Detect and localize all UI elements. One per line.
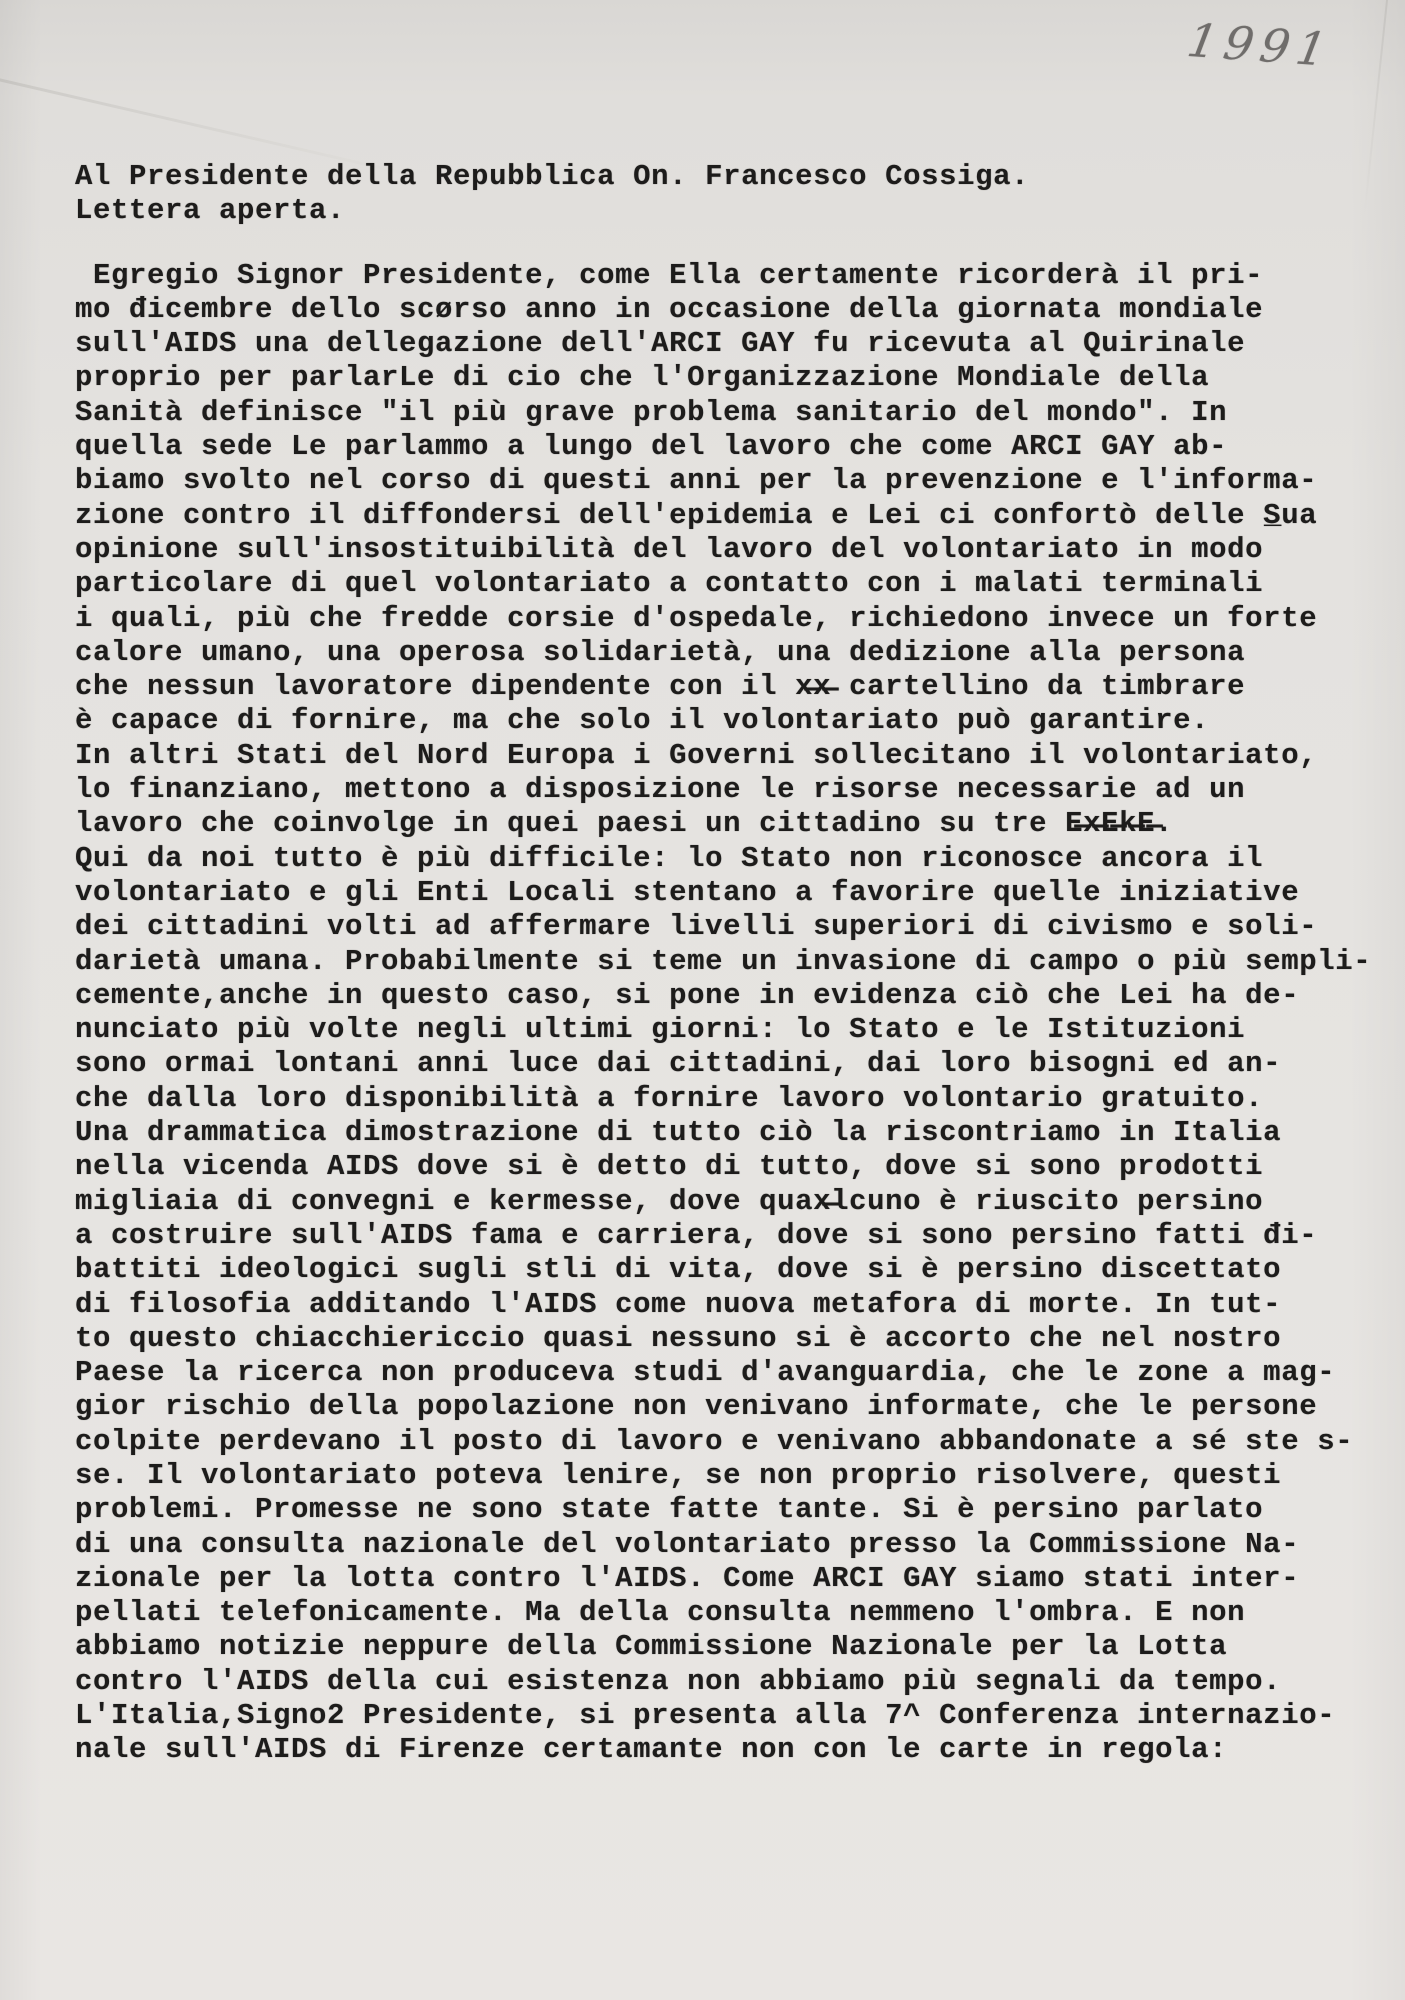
letter-line: che dalla loro disponibilità a fornire l… [75,1082,1365,1116]
letter-line: proprio per parlarLe di cio che l'Organi… [75,361,1365,395]
letter-line: che nessun lavoratore dipendente con il … [75,670,1365,704]
letter-line: darietà umana. Probabilmente si teme un … [75,945,1365,979]
letter-line: battiti ideologici sugli stli di vita, d… [75,1253,1365,1287]
letter-line: pellati telefonicamente. Ma della consul… [75,1596,1365,1630]
letter-line: lo finanziano, mettono a disposizione le… [75,773,1365,807]
recipient-line: Al Presidente della Repubblica On. Franc… [75,160,1365,194]
letter-line: lavoro che coinvolge in quei paesi un ci… [75,807,1365,841]
letter-line: Sanità definisce "il più grave problema … [75,396,1365,430]
letter-content: Al Presidente della Repubblica On. Franc… [75,160,1365,1768]
letter-line: cemente,anche in questo caso, si pone in… [75,979,1365,1013]
letter-line: è capace di fornire, ma che solo il volo… [75,704,1365,738]
letter-line: problemi. Promesse ne sono state fatte t… [75,1493,1365,1527]
letter-line: Una drammatica dimostrazione di tutto ci… [75,1116,1365,1150]
letter-line: volontariato e gli Enti Locali stentano … [75,876,1365,910]
subject-line: Lettera aperta. [75,194,1365,228]
letter-line: a costruire sull'AIDS fama e carriera, d… [75,1219,1365,1253]
letter-line: contro l'AIDS della cui esistenza non ab… [75,1665,1365,1699]
letter-line: abbiamo notizie neppure della Commission… [75,1630,1365,1664]
letter-line: calore umano, una operosa solidarietà, u… [75,636,1365,670]
letter-line: dei cittadini volti ad affermare livelli… [75,910,1365,944]
letter-line: nunciato più volte negli ultimi giorni: … [75,1013,1365,1047]
letter-line: In altri Stati del Nord Europa i Governi… [75,739,1365,773]
letter-heading: Al Presidente della Repubblica On. Franc… [75,160,1365,229]
letter-line: sull'AIDS una dellegazione dell'ARCI GAY… [75,327,1365,361]
letter-page: 1991 Al Presidente della Repubblica On. … [0,0,1405,2000]
letter-line: colpite perdevano il posto di lavoro e v… [75,1425,1365,1459]
letter-line: L'Italia,Signo2 Presidente, si presenta … [75,1699,1365,1733]
letter-line: migliaia di convegni e kermesse, dove qu… [75,1185,1365,1219]
letter-line: nella vicenda AIDS dove si è detto di tu… [75,1150,1365,1184]
letter-line: Paese la ricerca non produceva studi d'a… [75,1356,1365,1390]
letter-line: biamo svolto nel corso di questi anni pe… [75,464,1365,498]
letter-line: gior rischio della popolazione non veniv… [75,1390,1365,1424]
letter-line: zione contro il diffondersi dell'epidemi… [75,499,1365,533]
letter-line: mo đicembre dello scørso anno in occasio… [75,293,1365,327]
letter-line: i quali, più che fredde corsie d'ospedal… [75,602,1365,636]
letter-line: sono ormai lontani anni luce dai cittadi… [75,1047,1365,1081]
letter-line: nale sull'AIDS di Firenze certamante non… [75,1733,1365,1767]
letter-line: quella sede Le parlammo a lungo del lavo… [75,430,1365,464]
handwritten-year-annotation: 1991 [1183,13,1337,77]
letter-line: Egregio Signor Presidente, come Ella cer… [75,259,1365,293]
letter-line: to questo chiacchiericcio quasi nessuno … [75,1322,1365,1356]
letter-line: se. Il volontariato poteva lenire, se no… [75,1459,1365,1493]
letter-line: di una consulta nazionale del volontaria… [75,1528,1365,1562]
letter-line: particolare di quel volontariato a conta… [75,567,1365,601]
letter-body: Egregio Signor Presidente, come Ella cer… [75,259,1365,1768]
letter-line: zionale per la lotta contro l'AIDS. Come… [75,1562,1365,1596]
letter-line: opinione sull'insostituibilità del lavor… [75,533,1365,567]
letter-line: Qui da noi tutto è più difficile: lo Sta… [75,842,1365,876]
letter-line: di filosofia additando l'AIDS come nuova… [75,1288,1365,1322]
